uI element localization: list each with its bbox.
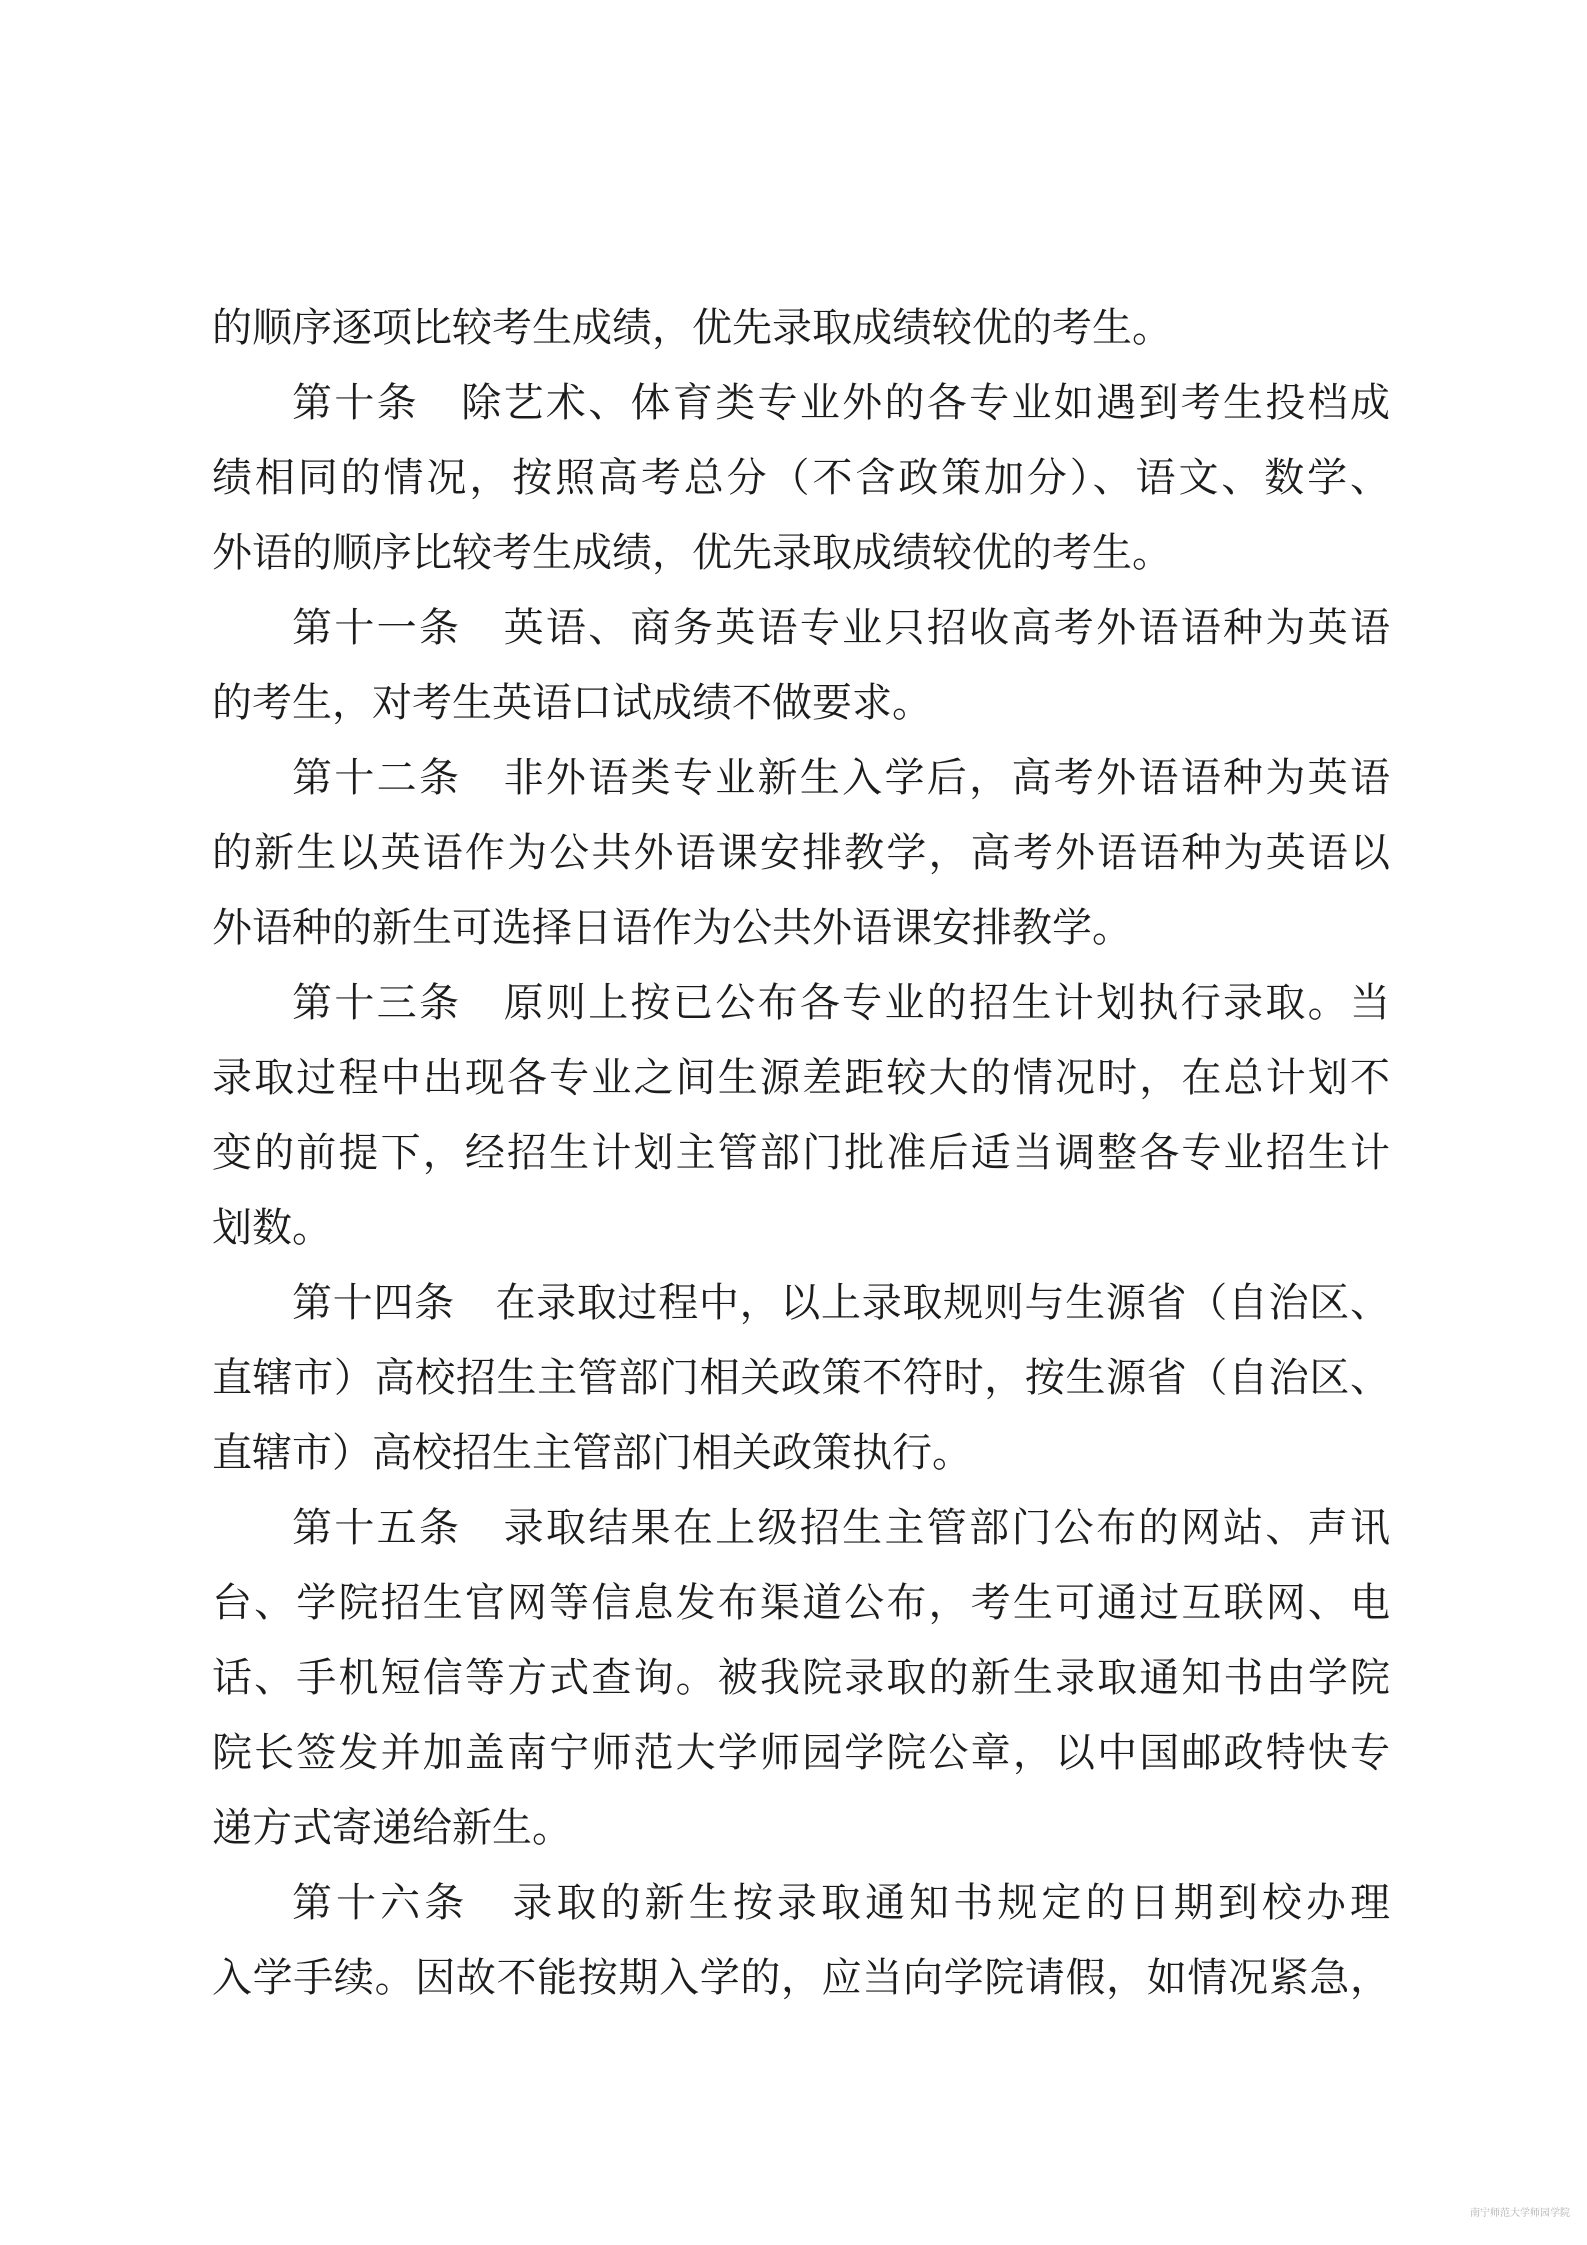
document-line: 递方式寄递给新生。	[212, 1790, 1390, 1865]
document-line: 划数。	[212, 1190, 1390, 1265]
document-line: 录取过程中出现各专业之间生源差距较大的情况时，在总计划不	[212, 1040, 1390, 1115]
document-line: 第十三条 原则上按已公布各专业的招生计划执行录取。当	[212, 965, 1390, 1040]
document-body: 的顺序逐项比较考生成绩，优先录取成绩较优的考生。第十条 除艺术、体育类专业外的各…	[212, 290, 1390, 2015]
document-line: 直辖市）高校招生主管部门相关政策不符时，按生源省（自治区、	[212, 1340, 1390, 1415]
document-page: 的顺序逐项比较考生成绩，优先录取成绩较优的考生。第十条 除艺术、体育类专业外的各…	[0, 0, 1587, 2245]
document-line: 外语种的新生可选择日语作为公共外语课安排教学。	[212, 890, 1390, 965]
document-line: 第十条 除艺术、体育类专业外的各专业如遇到考生投档成	[212, 365, 1390, 440]
document-line: 的新生以英语作为公共外语课安排教学，高考外语语种为英语以	[212, 815, 1390, 890]
document-line: 外语的顺序比较考生成绩，优先录取成绩较优的考生。	[212, 515, 1390, 590]
document-line: 的考生，对考生英语口试成绩不做要求。	[212, 665, 1390, 740]
document-line: 直辖市）高校招生主管部门相关政策执行。	[212, 1415, 1390, 1490]
document-line: 话、手机短信等方式查询。被我院录取的新生录取通知书由学院	[212, 1640, 1390, 1715]
document-line: 院长签发并加盖南宁师范大学师园学院公章，以中国邮政特快专	[212, 1715, 1390, 1790]
document-line: 变的前提下，经招生计划主管部门批准后适当调整各专业招生计	[212, 1115, 1390, 1190]
document-line: 入学手续。因故不能按期入学的，应当向学院请假，如情况紧急，	[212, 1940, 1390, 2015]
document-line: 的顺序逐项比较考生成绩，优先录取成绩较优的考生。	[212, 290, 1390, 365]
document-line: 第十六条 录取的新生按录取通知书规定的日期到校办理	[212, 1865, 1390, 1940]
document-line: 第十一条 英语、商务英语专业只招收高考外语语种为英语	[212, 590, 1390, 665]
document-line: 绩相同的情况，按照高考总分（不含政策加分）、语文、数学、	[212, 440, 1390, 515]
document-line: 台、学院招生官网等信息发布渠道公布，考生可通过互联网、电	[212, 1565, 1390, 1640]
watermark-text: 南宁师范大学师园学院	[1470, 2206, 1570, 2222]
document-line: 第十二条 非外语类专业新生入学后，高考外语语种为英语	[212, 740, 1390, 815]
document-line: 第十四条 在录取过程中，以上录取规则与生源省（自治区、	[212, 1265, 1390, 1340]
document-line: 第十五条 录取结果在上级招生主管部门公布的网站、声讯	[212, 1490, 1390, 1565]
